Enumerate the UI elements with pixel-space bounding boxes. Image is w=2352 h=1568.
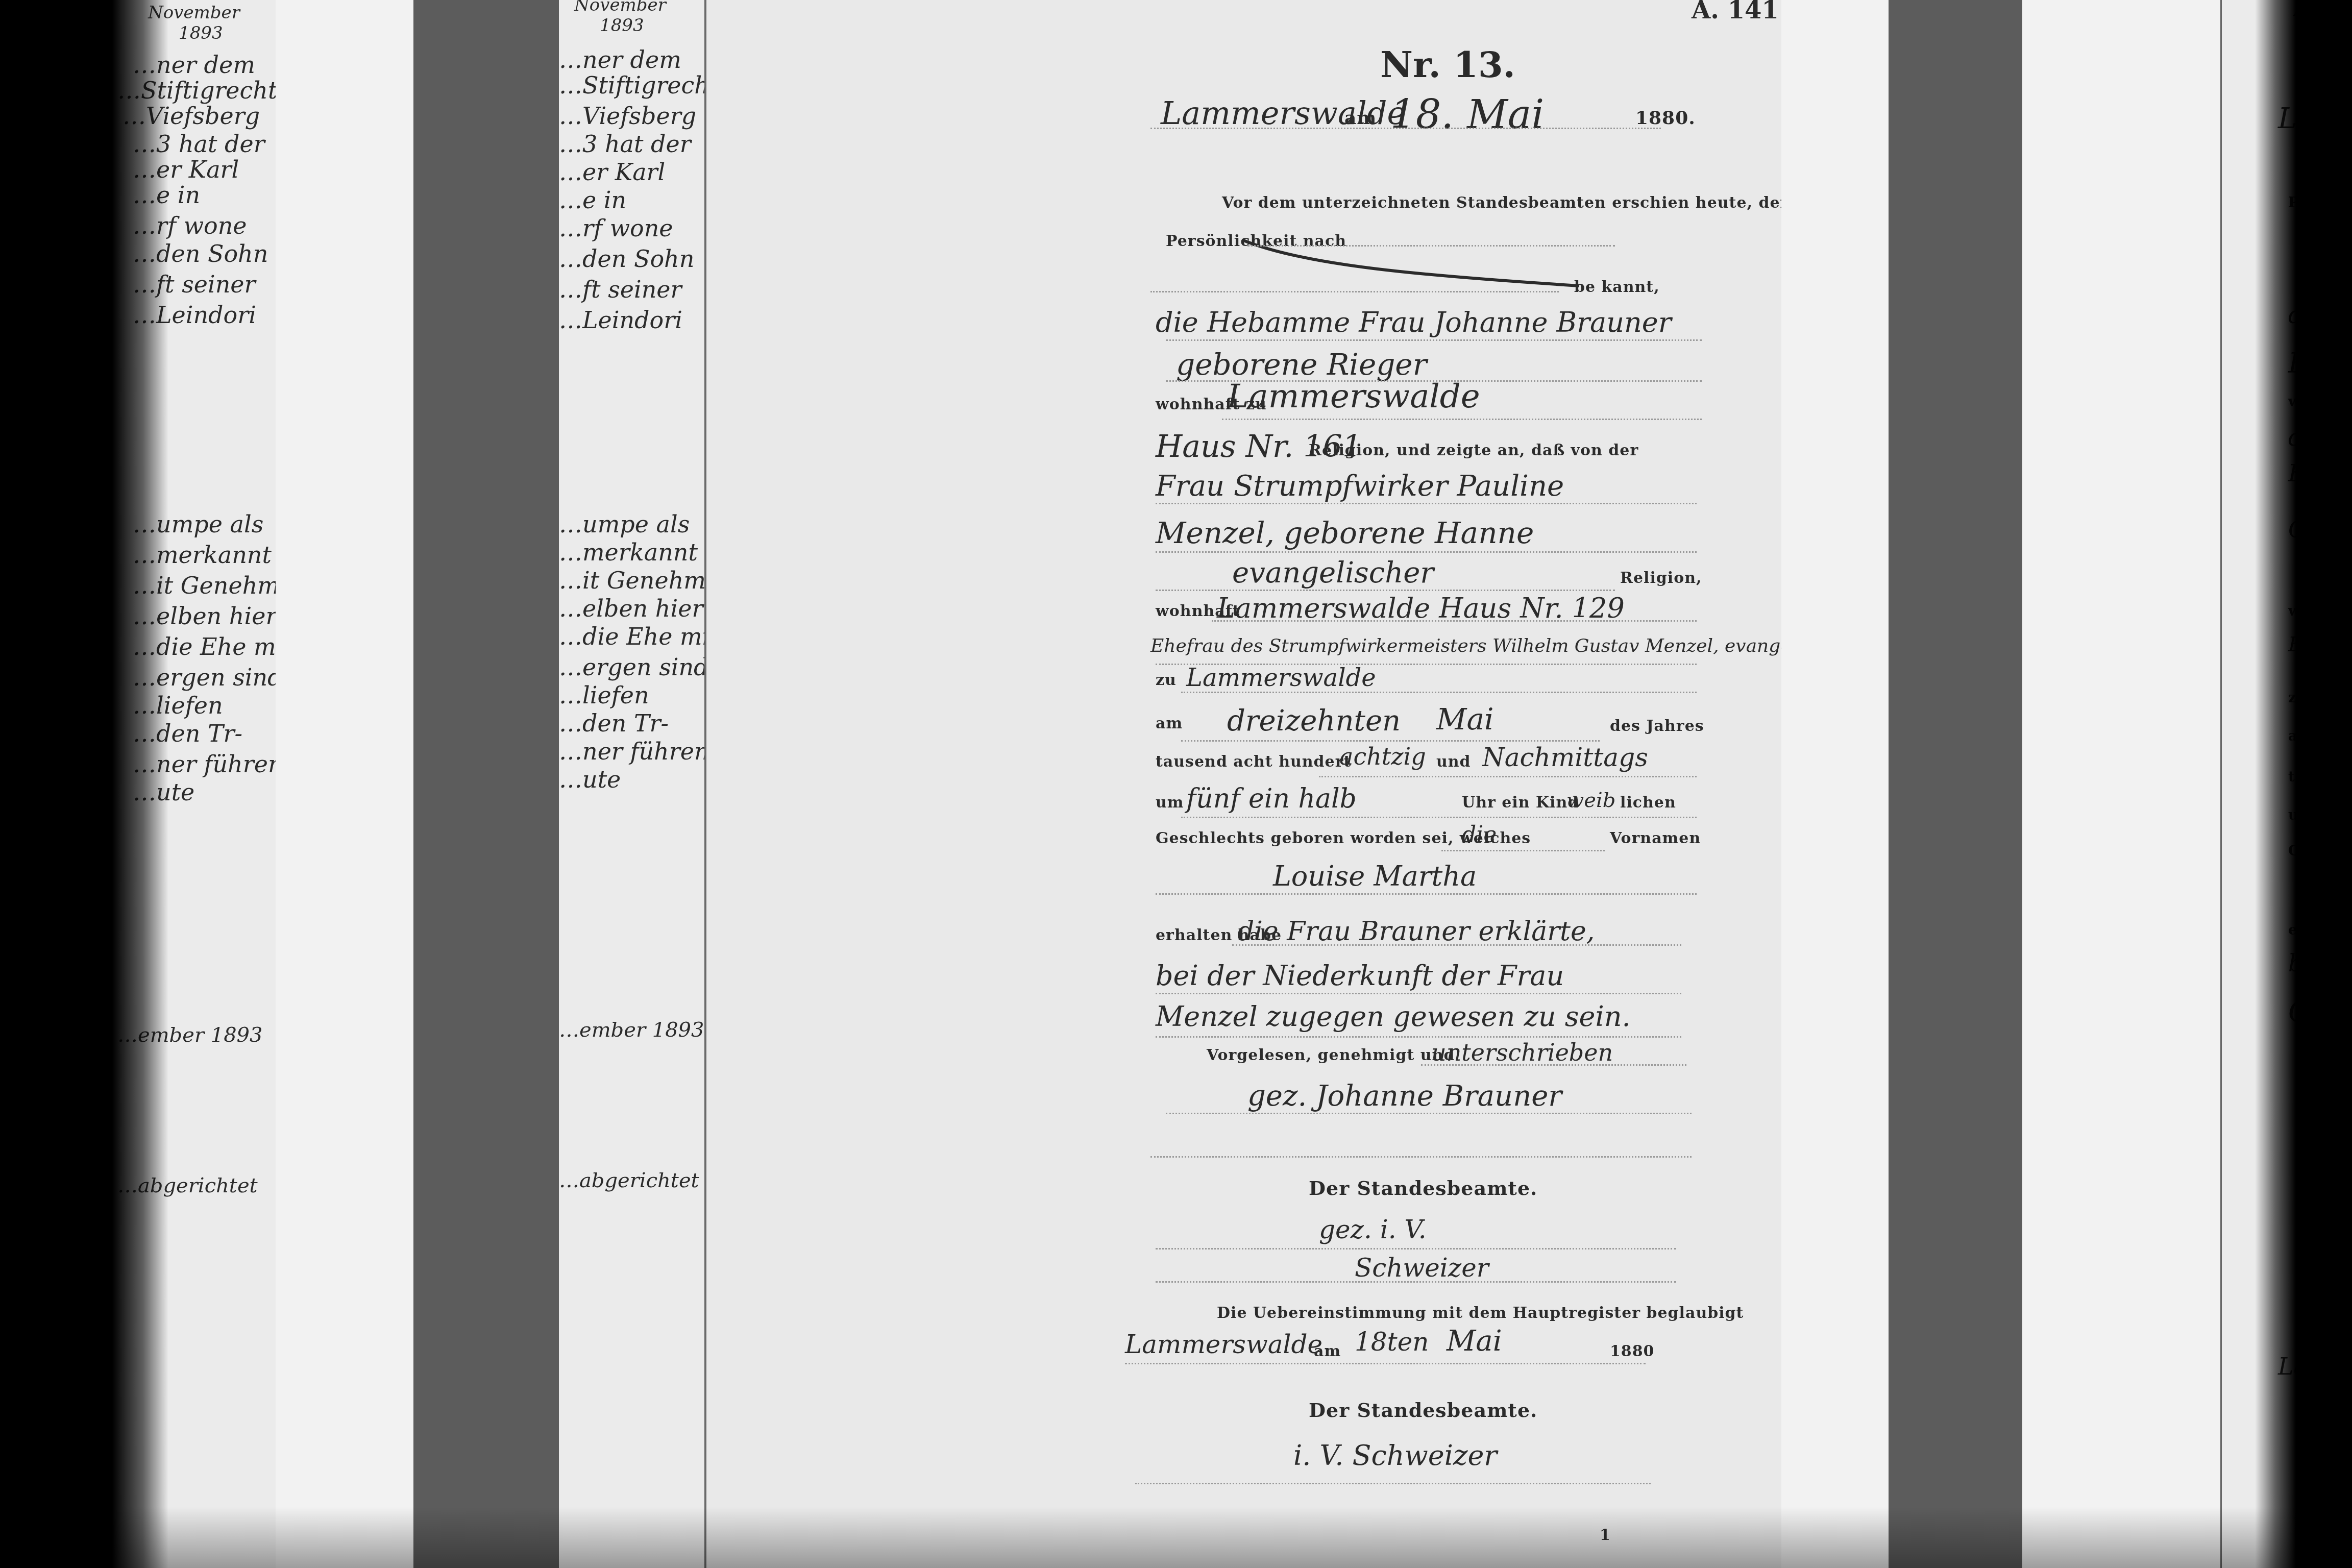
strip-text: …ner führen	[559, 738, 706, 765]
dotted-line	[1156, 993, 1681, 994]
cert-month: Mai	[1447, 1325, 1502, 1358]
mother-line-2: Menzel, geborene Hanne	[1156, 516, 1534, 550]
dotted-line	[1125, 1363, 1646, 1364]
dotted-line	[1421, 1064, 1686, 1066]
vornamen-label: Vornamen	[1610, 829, 1701, 847]
tausend-label: tausend acht hundert	[1156, 753, 1351, 771]
zu-label: zu	[1156, 671, 1177, 689]
child-sex: weib	[1566, 789, 1615, 812]
birth-day: dreizehnten	[1227, 704, 1401, 738]
strip-text: …ember 1893	[559, 1018, 704, 1042]
dotted-line	[1135, 1483, 1651, 1484]
dotted-line	[1150, 291, 1559, 292]
vorgelesen-text: Vorgelesen, genehmigt und	[1207, 1046, 1455, 1064]
dotted-line	[1156, 503, 1697, 504]
strip-text: …Leindori	[559, 306, 682, 334]
main-register-page: A. 141 Nr. 13. Lammerswalde am 18. Mai 1…	[704, 0, 1786, 1568]
bekannt-label: be kannt,	[1574, 278, 1660, 296]
dotted-line	[1166, 1113, 1692, 1114]
dotted-line	[1166, 339, 1702, 341]
certification-text: Die Uebereinstimmung mit dem Hauptregist…	[1217, 1304, 1744, 1322]
statement-line-2: bei der Niederkunft der Frau	[1156, 960, 1564, 992]
register-day: 18.	[1390, 92, 1454, 138]
am-label: am	[1156, 715, 1183, 732]
unterschrieben-word: unterschrieben	[1431, 1039, 1613, 1066]
birth-hour: fünf ein halb	[1186, 783, 1357, 814]
film-vignette-bottom	[0, 1507, 2352, 1568]
film-gap	[276, 0, 413, 1568]
um-label: um	[1156, 794, 1184, 812]
birth-month: Mai	[1436, 702, 1494, 737]
strip-text: …er Karl	[559, 158, 665, 186]
official-heading-2: Der Standesbeamte.	[1309, 1399, 1537, 1422]
dotted-line	[1156, 1248, 1676, 1249]
dotted-line	[1150, 128, 1661, 129]
cert-place: Lammerswalde	[1125, 1330, 1322, 1359]
intro-text: Vor dem unterzeichneten Standesbeamten e…	[1222, 194, 1788, 212]
strip-text: …umpe als	[559, 510, 690, 538]
strip-text: …Stiftigrecht	[559, 71, 706, 99]
strip-text: 1893	[179, 23, 223, 43]
strip-text: …rf wone	[559, 214, 673, 242]
lichen-label: lichen	[1620, 794, 1676, 812]
film-separator-bar	[1889, 0, 2022, 1568]
cert-year: 1880	[1610, 1342, 1655, 1360]
strip-text: …ft seiner	[559, 276, 682, 303]
strip-text: …elben hier	[559, 595, 703, 622]
religion-zeigte-text: Religion, und zeigte an, daß von der	[1309, 442, 1638, 459]
dotted-line	[1156, 1036, 1681, 1038]
religion-label: Religion,	[1620, 569, 1702, 587]
strip-text: …Viefsberg	[559, 102, 696, 130]
dotted-line	[1232, 944, 1681, 946]
strip-text: …ute	[559, 766, 621, 793]
film-vignette-left	[0, 0, 168, 1568]
cert-am-label: am	[1314, 1342, 1341, 1360]
dotted-line	[1319, 776, 1697, 777]
dotted-line	[1156, 551, 1697, 553]
am-label: am	[1344, 107, 1377, 129]
dotted-line	[1156, 1281, 1676, 1283]
dotted-line	[1441, 850, 1605, 851]
record-number: Nr. 13.	[1380, 43, 1515, 86]
register-month: Mai	[1467, 92, 1544, 138]
und-label: und	[1436, 753, 1471, 771]
strip-text: …die Ehe mit	[559, 623, 706, 650]
birth-year-words: achtzig	[1339, 743, 1426, 770]
strip-text: …den Sohn	[559, 245, 694, 273]
strike-line	[1242, 235, 1589, 291]
strip-text: …ergen sind,	[559, 653, 706, 681]
register-year: 1880.	[1635, 107, 1696, 129]
birth-place: Lammerswalde	[1186, 664, 1376, 692]
strip-text: …den Tr-	[559, 709, 669, 737]
time-of-day: Nachmittags	[1482, 743, 1648, 772]
strip-text: November	[574, 0, 666, 15]
dotted-line	[1181, 692, 1697, 693]
strip-text: …it Genehmi	[559, 567, 706, 594]
dotted-line	[1156, 590, 1615, 591]
informant-signature: gez. Johanne Brauner	[1247, 1080, 1562, 1113]
dotted-line	[1212, 620, 1697, 622]
dotted-line	[1150, 1156, 1692, 1158]
die-word: die	[1462, 822, 1497, 848]
des-jahres-label: des Jahres	[1610, 717, 1704, 735]
film-gap	[2022, 0, 2220, 1568]
dotted-line	[1181, 817, 1697, 818]
film-vignette-right	[2255, 0, 2352, 1568]
official-signature-1a: gez. i. V.	[1319, 1215, 1427, 1244]
mother-line-1: Frau Strumpfwirker Pauline	[1156, 470, 1564, 503]
official-heading-1: Der Standesbeamte.	[1309, 1177, 1537, 1199]
strip-text: 1893	[600, 15, 644, 36]
statement-line-3: Menzel zugegen gewesen zu sein.	[1156, 1000, 1631, 1033]
dotted-line	[1222, 419, 1702, 420]
strip-text: …ner dem	[559, 46, 681, 73]
strip-text: …e in	[559, 186, 626, 214]
dotted-line	[1247, 245, 1615, 247]
uhr-kind-label: Uhr ein Kind	[1462, 794, 1579, 812]
strip-text: …3 hat der	[559, 130, 691, 158]
informant-line-1: die Hebamme Frau Johanne Brauner	[1156, 306, 1672, 338]
statement-line-1: die Frau Brauner erklärte,	[1237, 916, 1595, 947]
informant-line-2: geborene Rieger	[1176, 347, 1427, 382]
strip-text: …liefen	[559, 681, 649, 709]
strip-text: …merkannt	[559, 538, 698, 566]
strip-text: …abgerichtet	[559, 1169, 699, 1192]
dotted-line	[1156, 893, 1697, 895]
film-separator-bar	[413, 0, 559, 1568]
child-names: Louise Martha	[1273, 860, 1477, 892]
informant-residence: Lammerswalde	[1227, 378, 1480, 415]
mother-residence: Lammerswalde Haus Nr. 129	[1217, 592, 1625, 624]
cert-day: 18ten	[1355, 1327, 1429, 1357]
film-gap	[1781, 0, 1889, 1568]
official-signature-1b: Schweizer	[1355, 1253, 1489, 1283]
corner-mark: A. 141	[1692, 0, 1779, 24]
dotted-line	[1181, 740, 1600, 742]
left-page-strip-2: November 1893 …ner dem …Stiftigrecht …Vi…	[559, 0, 706, 1568]
official-signature-2: i. V. Schweizer	[1293, 1439, 1497, 1472]
mother-religion: evangelischer	[1232, 556, 1434, 590]
